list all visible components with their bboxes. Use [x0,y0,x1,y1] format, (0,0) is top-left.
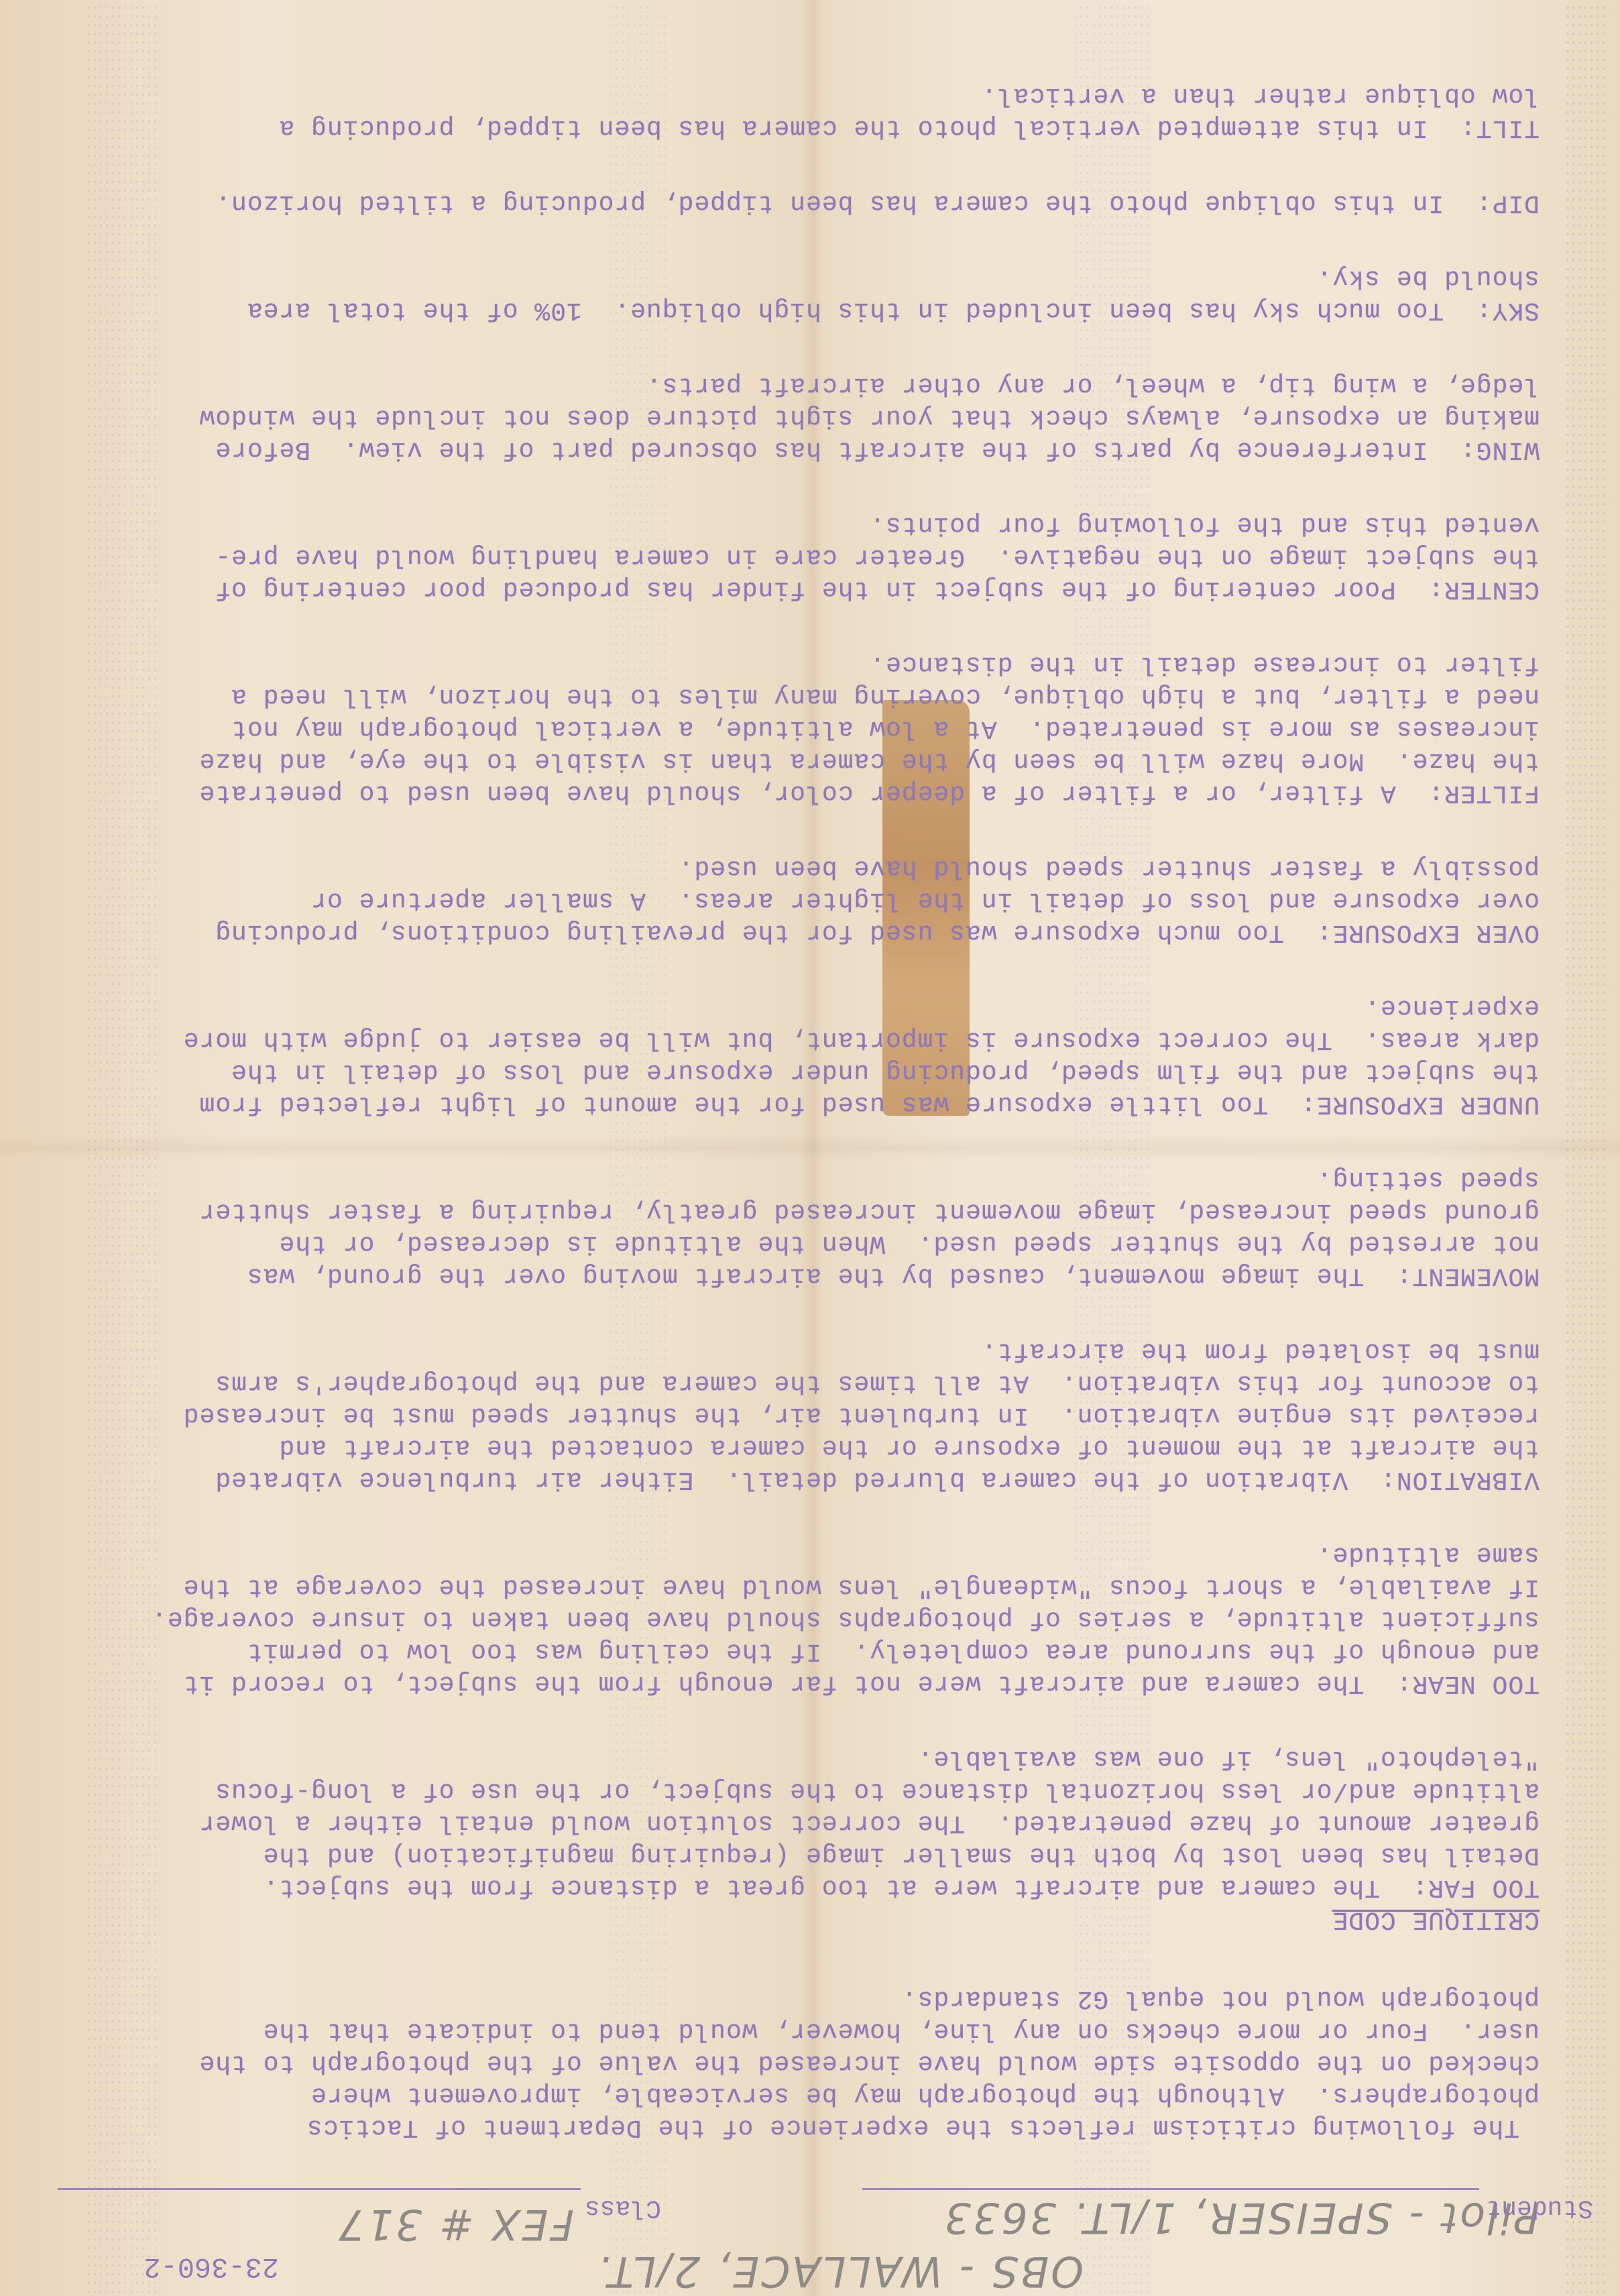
critique-line: ledge, a wing tip, a wheel, or any other… [646,370,1540,400]
class-label: Class [585,2193,661,2222]
critique-line: low oblique rather than a vertical. [981,80,1540,110]
critique-line: sufficient altitude, a series of photogr… [151,1604,1540,1633]
handwritten-student-line1: Pilot - SPEISER, 1/LT. 3633 [943,2193,1540,2242]
critique-line: DIP: In this oblique photo the camera ha… [215,188,1540,217]
handwritten-student-line2: OBS - WALLACE, 2/LT. [596,2247,1084,2296]
critique-line: not arrested by the shutter speed used. … [279,1228,1540,1258]
critique-line: experience. [1364,992,1540,1022]
critique-line: "telephoto" lens, if one was available. [917,1743,1540,1773]
critique-line: vented this and the following four point… [869,510,1540,539]
critique-line: the subject and the film speed, producin… [231,1057,1540,1086]
intro-line: The following criticism reflects the exp… [306,2112,1519,2142]
intro-line: photograph would not equal G2 standards. [901,1984,1540,2013]
critique-line: TOO FAR: The camera and aircraft were at… [263,1872,1540,1902]
student-label: Student [1486,2193,1593,2222]
critique-line: SKY: Too much sky has been included in t… [247,295,1540,325]
critique-line: CENTER: Poor centering of the subject in… [215,574,1540,604]
form-number: 23-360-2 [143,2250,279,2283]
critique-line: greater amount of haze penetrated. The c… [198,1808,1540,1837]
critique-line: Detail has been lost by both the smaller… [263,1840,1540,1870]
handwritten-class-value: FEX # 317 [337,2200,574,2249]
critique-line: MOVEMENT: The image movement, caused by … [247,1261,1540,1290]
critique-line: increases as more is penetrated. At a lo… [231,713,1540,743]
intro-line: checked on the opposite side would have … [198,2048,1540,2077]
critique-line: same altitude. [1316,1540,1540,1569]
critique-line: FILTER: A filter, or a filter of a deepe… [198,778,1540,807]
intro-line: photographers. Although the photograph m… [310,2080,1540,2110]
critique-line: the aircraft at the moment of exposure o… [279,1432,1540,1462]
ink-stipple [1566,0,1607,2296]
critique-line: ground speed increased, image movement i… [198,1196,1540,1226]
critique-line: TOO NEAR: The camera and aircraft were n… [183,1668,1540,1698]
critique-line: If available, a short focus "wideangle" … [183,1572,1540,1601]
critique-line: need a filter, but a high oblique, cover… [231,681,1540,711]
critique-line: received its engine vibration. In turbul… [183,1400,1540,1430]
critique-line: possibly a faster shutter speed should h… [678,853,1540,882]
critique-line: making an exposure, always check that yo… [198,402,1540,432]
document-sheet: 23-360-2 OBS - WALLACE, 2/LT. Pilot - SP… [0,0,1620,2296]
intro-line: user. Four or more checks on any line, h… [263,2016,1540,2045]
critique-code-heading: CRITIQUE CODE [1332,1904,1540,1934]
ink-stipple [1070,0,1151,2296]
critique-line: altitude and/or less horizontal distance… [215,1776,1540,1805]
critique-line: filter to increase detail in the distanc… [869,649,1540,679]
critique-line: speed setting. [1316,1164,1540,1194]
student-underline [862,2188,1479,2190]
critique-line: VIBRATION: Vibration of the camera blurr… [215,1465,1540,1494]
critique-line: TILT: In this attempted vertical photo t… [279,113,1540,142]
critique-line: and enough of the surround area complete… [247,1636,1540,1666]
ink-stipple [84,0,158,2296]
critique-line: WING: Interference by parts of the aircr… [215,435,1540,464]
critique-line: OVER EXPOSURE: Too much exposure was use… [215,917,1540,947]
critique-line: should be sky. [1316,263,1540,292]
critique-line: dark areas. The correct exposure is impo… [183,1025,1540,1054]
ink-stipple [607,0,668,2296]
critique-line: must be isolated from the aircraft. [981,1336,1540,1365]
class-underline [58,2188,581,2190]
critique-line: the subject image on the negative. Great… [215,542,1540,571]
critique-line: UNDER EXPOSURE: Too little exposure was … [198,1089,1540,1118]
critique-line: to account for this vibration. At all ti… [215,1368,1540,1397]
critique-line: the haze. More haze will be seen by the … [198,746,1540,775]
critique-line: over exposure and loss of detail in the … [310,885,1540,915]
